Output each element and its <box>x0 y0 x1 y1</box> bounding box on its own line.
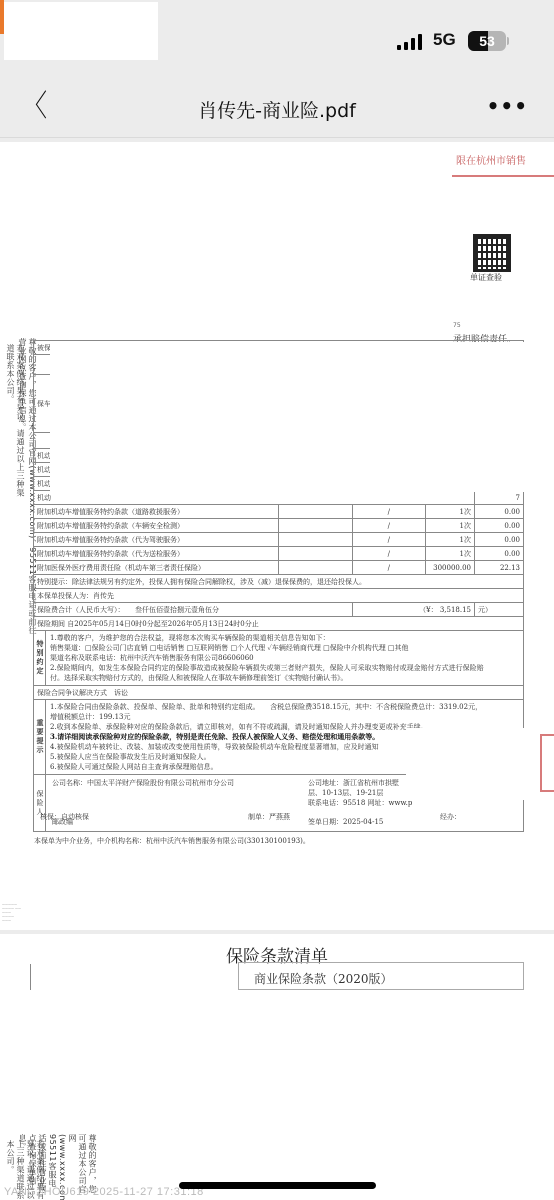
pdf-page-1: 限在杭州市销售 单证查验 75 承担赔偿责任。 尊敬的客户，您可通过本公司官网(… <box>0 142 554 930</box>
coverage-name: 附加机动车增值服务特约条款（车辆安全检测） <box>34 519 279 533</box>
special-term-line: 销售渠道：□保险公司门店直销 □电话销售 □互联网销售 □个人代理 ✓车辆经销商… <box>50 643 484 653</box>
coverage-name: 附加机动车增值服务特约条款（代为送检服务） <box>34 547 279 561</box>
coverage-row: 附加机动车增值服务特约条款（代为驾驶服务）/1次0.00 <box>34 533 524 547</box>
dispute-resolution: 保险合同争议解决方式 诉讼 <box>34 686 524 700</box>
table-row: 保险费合计（人民币大写）： 叁仟伍佰壹拾捌元壹角伍分 （¥： 3,518.15 … <box>34 603 524 617</box>
coverage-amount: 1次 <box>426 547 475 561</box>
coverage-amount: 300000.00 <box>426 561 475 575</box>
important-notes-label: 重要提示 <box>34 700 46 774</box>
qr-code[interactable] <box>473 234 511 272</box>
table-row: 特别约定 1.尊敬的客户，为维护您的合法权益，现将您本次购买车辆保险的渠道相关信… <box>34 631 524 686</box>
coverage-row: 附加医保外医疗费用责任险（机动车第三者责任保险）/300000.0022.13 <box>34 561 524 575</box>
coverage-premium: 0.00 <box>475 519 524 533</box>
document-title: 肖传先-商业险.pdf <box>0 96 554 123</box>
company-address: 公司地址：浙江省杭州市拱墅 <box>308 778 399 788</box>
coverage-deductible: / <box>352 547 426 561</box>
clause-name[interactable]: 商业保险条款（2020版） <box>254 970 393 987</box>
underwriting: 核保：自动核保 <box>40 812 89 822</box>
coverage-premium: 0.00 <box>475 533 524 547</box>
pdf-page-2: 保险条款清单 商业保险条款（2020版） 尊敬的客户，您可通过本公司官网(www… <box>0 934 554 1200</box>
nav-bar: 〈 肖传先-商业险.pdf ••• <box>0 80 554 138</box>
sign-date: 签单日期：2025-04-15 <box>308 817 383 827</box>
status-bar: 5G 53 <box>0 0 554 80</box>
coverage-amount: 1次 <box>426 533 475 547</box>
important-note-line: 增值税额总计：199.13元 <box>50 712 482 722</box>
coverage-name: 附加医保外医疗费用责任险（机动车第三者责任保险） <box>34 561 279 575</box>
special-terms: 1.尊敬的客户，为维护您的合法权益，现将您本次购买车辆保险的渠道相关信息告知如下… <box>46 631 488 685</box>
important-note-line: 1.本保险合同由保险条款、投保单、保险单、批单和特别约定组成。 含税总保险费35… <box>50 702 482 712</box>
prepared-by: 制单：严燕燕 <box>248 812 290 822</box>
redacted-area <box>406 728 554 800</box>
qr-label: 单证查验 <box>470 272 502 283</box>
insurance-period: 保险期间 自2025年05月14日0时0分起至2026年05月13日24时0分止 <box>34 617 524 631</box>
coverage-premium: 0.00 <box>475 547 524 561</box>
company-floors: 层、10-13层、19-21层 <box>308 788 383 798</box>
redacted-area <box>4 2 158 60</box>
special-term-line: 渠道名称及联系电话：杭州中沃汽车销售服务有限公司86606060 <box>50 653 484 663</box>
premium-total-number: （¥： 3,518.15 <box>352 603 475 617</box>
coverage-name: 附加机动车增值服务特约条款（代为驾驶服务） <box>34 533 279 547</box>
table-row: 保险期间 自2025年05月14日0时0分起至2026年05月13日24时0分止 <box>34 617 524 631</box>
watermark: YANGZHOU619 2025-11-27 17:31:18 <box>4 1186 204 1198</box>
seal-stamp-fragment <box>540 734 554 792</box>
coverage-deductible: / <box>352 533 426 547</box>
premium-total-unit: 元） <box>475 603 524 617</box>
side-note-left-2: 若对案例结果有异议，请通过以上三种渠道联系本公司。 <box>5 344 25 504</box>
sale-region-tag: 限在杭州市销售 <box>456 152 526 167</box>
table-row: 特别提示：除法律法规另有约定外，投保人拥有保险合同解除权，涉及（减）退保保费的，… <box>34 575 524 589</box>
battery-level: 53 <box>468 31 506 51</box>
applicant: 本保单投保人为：肖传先 <box>34 589 524 603</box>
coverage-name: 附加机动车增值服务特约条款（道路救援服务） <box>34 505 279 519</box>
clause-box-left <box>30 964 33 990</box>
battery-icon: 53 <box>468 31 506 51</box>
coverage-premium: 0.00 <box>475 505 524 519</box>
table-row: 保险合同争议解决方式 诉讼 <box>34 686 524 700</box>
right-fragment-number: 75 <box>453 322 461 329</box>
company-name: 公司名称：中国太平洋财产保险股份有限公司杭州市分公司 <box>52 778 234 788</box>
special-term-line: 1.尊敬的客户，为维护您的合法权益，现将您本次购买车辆保险的渠道相关信息告知如下… <box>50 633 484 643</box>
coverage-deductible: / <box>352 519 426 533</box>
home-indicator[interactable] <box>179 1182 376 1189</box>
premium-total-words: 叁仟伍佰壹拾捌元壹角伍分 <box>135 606 219 614</box>
coverage-deductible: / <box>352 561 426 575</box>
special-term-line: 2.保险期间内，如发生本保险合同约定的保险事故造成被保险车辆损失或第三者财产损失… <box>50 663 484 673</box>
ellipsis-icon[interactable]: ••• <box>487 94 528 118</box>
signature-meta: ————————— ———————————— <box>2 902 21 922</box>
special-terms-label: 特别约定 <box>34 631 46 685</box>
network-type: 5G <box>433 30 456 50</box>
coverage-deductible: / <box>352 505 426 519</box>
special-term-line: 付。选择采取实物赔付方式的，由保险人和被保险人在事故车辆修理前签订《实物赔付确认… <box>50 673 484 683</box>
company-contact: 联系电话：95518 网址：www.p <box>308 798 412 808</box>
coverage-amount: 1次 <box>426 519 475 533</box>
coverage-row: 附加机动车增值服务特约条款（道路救援服务）/1次0.00 <box>34 505 524 519</box>
table-row: 机动7 <box>34 491 524 505</box>
coverage-row: 附加机动车增值服务特约条款（车辆安全检测）/1次0.00 <box>34 519 524 533</box>
signal-icon <box>397 34 422 50</box>
coverage-row: 附加机动车增值服务特约条款（代为送检服务）/1次0.00 <box>34 547 524 561</box>
handler: 经办： <box>440 812 461 822</box>
coverage-premium: 22.13 <box>475 561 524 575</box>
special-notice: 特别提示：除法律法规另有约定外，投保人拥有保险合同解除权，涉及（减）退保保费的，… <box>34 575 524 589</box>
premium-total-label: 保险费合计（人民币大写）： <box>37 606 121 614</box>
insurer-label: 保险人 <box>34 775 46 831</box>
sale-region-underline <box>452 175 554 177</box>
table-row: 本保单投保人为：肖传先 <box>34 589 524 603</box>
intermediary-note: 本保单为中介业务，中介机构名称：杭州中沃汽车销售服务有限公司(330130100… <box>34 836 310 846</box>
coverage-amount: 1次 <box>426 505 475 519</box>
redacted-area <box>50 342 528 492</box>
battery-tip <box>507 37 509 45</box>
